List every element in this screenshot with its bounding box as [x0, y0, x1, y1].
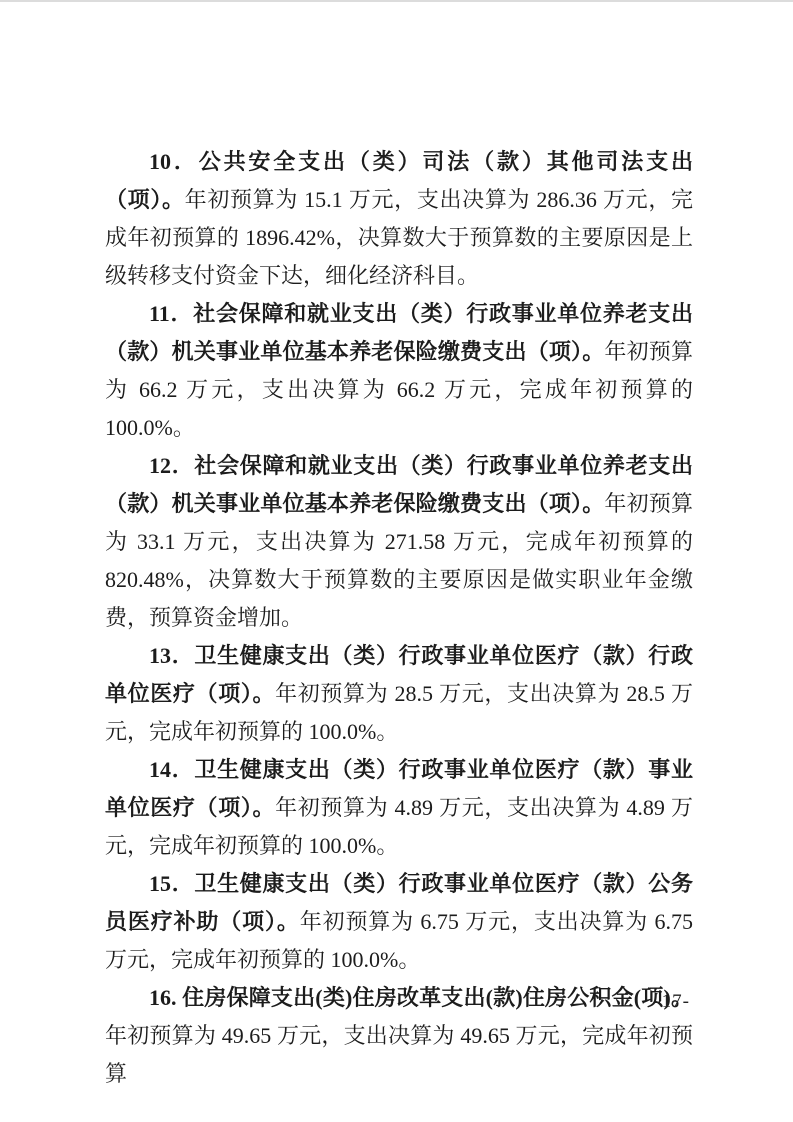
paragraph-16-heading: 16. 住房保障支出(类)住房改革支出(款)住房公积金(项)。 [149, 985, 693, 1010]
page-number: -17- [654, 990, 690, 1014]
document-page: 10．公共安全支出（类）司法（款）其他司法支出（项）。年初预算为 15.1 万元… [0, 0, 793, 1122]
paragraph-12: 12．社会保障和就业支出（类）行政事业单位养老支出（款）机关事业单位基本养老保险… [105, 447, 693, 637]
document-body: 10．公共安全支出（类）司法（款）其他司法支出（项）。年初预算为 15.1 万元… [105, 143, 693, 1093]
paragraph-15: 15．卫生健康支出（类）行政事业单位医疗（款）公务员医疗补助（项）。年初预算为 … [105, 865, 693, 979]
paragraph-10-body: 年初预算为 15.1 万元，支出决算为 286.36 万元，完成年初预算的 18… [105, 187, 693, 288]
scan-edge-artifact [0, 0, 793, 2]
paragraph-14: 14．卫生健康支出（类）行政事业单位医疗（款）事业单位医疗（项）。年初预算为 4… [105, 751, 693, 865]
paragraph-13: 13．卫生健康支出（类）行政事业单位医疗（款）行政单位医疗（项）。年初预算为 2… [105, 637, 693, 751]
paragraph-16-body: 年初预算为 49.65 万元，支出决算为 49.65 万元，完成年初预算 [105, 1023, 693, 1086]
paragraph-16: 16. 住房保障支出(类)住房改革支出(款)住房公积金(项)。年初预算为 49.… [105, 979, 693, 1093]
paragraph-11: 11．社会保障和就业支出（类）行政事业单位养老支出（款）机关事业单位基本养老保险… [105, 295, 693, 447]
paragraph-10: 10．公共安全支出（类）司法（款）其他司法支出（项）。年初预算为 15.1 万元… [105, 143, 693, 295]
